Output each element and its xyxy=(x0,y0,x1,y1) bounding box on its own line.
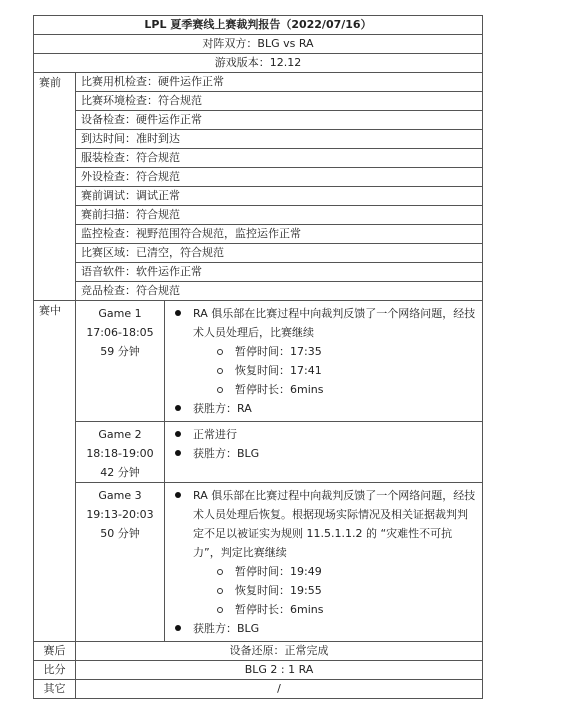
score-row: 比分 BLG 2 : 1 RA xyxy=(34,661,483,680)
pre-match-row: 服装检查：符合规范 xyxy=(34,149,483,168)
pause-length: 暂停时长：6mins xyxy=(193,600,476,619)
game-winner: 获胜方：RA xyxy=(171,399,476,418)
game-2-bullets: 正常进行 获胜方：BLG xyxy=(171,425,476,463)
pre-match-item: 设备检查：硬件运作正常 xyxy=(76,111,483,130)
pre-match-item: 语音软件：软件运作正常 xyxy=(76,263,483,282)
bullet-item: RA 俱乐部在比赛过程中向裁判反馈了一个网络问题，经技术人员处理后，比赛继续 暂… xyxy=(171,304,476,399)
pause-end: 恢复时间：17:41 xyxy=(193,361,476,380)
pre-match-item: 外设检查：符合规范 xyxy=(76,168,483,187)
post-match-row: 赛后 设备还原：正常完成 xyxy=(34,642,483,661)
game-3-detail: RA 俱乐部在比赛过程中向裁判反馈了一个网络问题，经技术人员处理后恢复。根据现场… xyxy=(165,483,483,642)
game-time: 18:18-19:00 xyxy=(81,444,159,463)
pre-match-item: 赛前扫描：符合规范 xyxy=(76,206,483,225)
pre-match-row: 语音软件：软件运作正常 xyxy=(34,263,483,282)
game-duration: 50 分钟 xyxy=(81,524,159,543)
post-match-label: 赛后 xyxy=(34,642,76,661)
pause-length: 暂停时长：6mins xyxy=(193,380,476,399)
pre-match-item: 比赛用机检查：硬件运作正常 xyxy=(76,73,483,92)
score-value: BLG 2 : 1 RA xyxy=(76,661,483,680)
game-1-meta: Game 1 17:06-18:05 59 分钟 xyxy=(76,301,165,422)
game-1-row: 赛中 Game 1 17:06-18:05 59 分钟 RA 俱乐部在比赛过程中… xyxy=(34,301,483,422)
game-version: 游戏版本：12.12 xyxy=(34,54,483,73)
pre-match-item: 比赛环境检查：符合规范 xyxy=(76,92,483,111)
referee-report-table: LPL 夏季赛线上赛裁判报告（2022/07/16） 对阵双方：BLG vs R… xyxy=(33,15,483,699)
pre-match-row: 设备检查：硬件运作正常 xyxy=(34,111,483,130)
game-note: 正常进行 xyxy=(171,425,476,444)
in-match-label: 赛中 xyxy=(34,301,76,642)
game-2-detail: 正常进行 获胜方：BLG xyxy=(165,422,483,483)
score-label: 比分 xyxy=(34,661,76,680)
matchup: 对阵双方：BLG vs RA xyxy=(34,35,483,54)
pre-match-row: 外设检查：符合规范 xyxy=(34,168,483,187)
game-1-bullets: RA 俱乐部在比赛过程中向裁判反馈了一个网络问题，经技术人员处理后，比赛继续 暂… xyxy=(171,304,476,418)
game-time: 17:06-18:05 xyxy=(81,323,159,342)
pre-match-row: 比赛区域：已清空，符合规范 xyxy=(34,244,483,263)
game-name: Game 2 xyxy=(81,425,159,444)
game-3-row: Game 3 19:13-20:03 50 分钟 RA 俱乐部在比赛过程中向裁判… xyxy=(34,483,483,642)
game-2-meta: Game 2 18:18-19:00 42 分钟 xyxy=(76,422,165,483)
bullet-item: RA 俱乐部在比赛过程中向裁判反馈了一个网络问题，经技术人员处理后恢复。根据现场… xyxy=(171,486,476,619)
pause-details: 暂停时间：19:49 恢复时间：19:55 暂停时长：6mins xyxy=(193,562,476,619)
game-winner: 获胜方：BLG xyxy=(171,444,476,463)
game-note: RA 俱乐部在比赛过程中向裁判反馈了一个网络问题，经技术人员处理后，比赛继续 xyxy=(193,307,475,339)
pre-match-item: 到达时间：准时到达 xyxy=(76,130,483,149)
pre-match-row: 监控检查：视野范围符合规范，监控运作正常 xyxy=(34,225,483,244)
game-name: Game 1 xyxy=(81,304,159,323)
pre-match-item: 赛前调试：调试正常 xyxy=(76,187,483,206)
pre-match-label: 赛前 xyxy=(34,73,76,301)
other-row: 其它 / xyxy=(34,680,483,699)
pause-start: 暂停时间：19:49 xyxy=(193,562,476,581)
game-3-meta: Game 3 19:13-20:03 50 分钟 xyxy=(76,483,165,642)
pause-start: 暂停时间：17:35 xyxy=(193,342,476,361)
pre-match-item: 服装检查：符合规范 xyxy=(76,149,483,168)
other-value: / xyxy=(76,680,483,699)
report-title: LPL 夏季赛线上赛裁判报告（2022/07/16） xyxy=(34,16,483,35)
pause-end: 恢复时间：19:55 xyxy=(193,581,476,600)
pre-match-row: 比赛环境检查：符合规范 xyxy=(34,92,483,111)
game-duration: 59 分钟 xyxy=(81,342,159,361)
game-1-detail: RA 俱乐部在比赛过程中向裁判反馈了一个网络问题，经技术人员处理后，比赛继续 暂… xyxy=(165,301,483,422)
game-duration: 42 分钟 xyxy=(81,463,159,482)
post-match-value: 设备还原：正常完成 xyxy=(76,642,483,661)
pre-match-row: 赛前扫描：符合规范 xyxy=(34,206,483,225)
game-name: Game 3 xyxy=(81,486,159,505)
pre-match-item: 比赛区域：已清空，符合规范 xyxy=(76,244,483,263)
game-time: 19:13-20:03 xyxy=(81,505,159,524)
pause-details: 暂停时间：17:35 恢复时间：17:41 暂停时长：6mins xyxy=(193,342,476,399)
other-label: 其它 xyxy=(34,680,76,699)
pre-match-item: 监控检查：视野范围符合规范，监控运作正常 xyxy=(76,225,483,244)
pre-match-row: 赛前 比赛用机检查：硬件运作正常 xyxy=(34,73,483,92)
pre-match-item: 竞品检查：符合规范 xyxy=(76,282,483,301)
game-3-bullets: RA 俱乐部在比赛过程中向裁判反馈了一个网络问题，经技术人员处理后恢复。根据现场… xyxy=(171,486,476,638)
matchup-row: 对阵双方：BLG vs RA xyxy=(34,35,483,54)
game-winner: 获胜方：BLG xyxy=(171,619,476,638)
pre-match-row: 竞品检查：符合规范 xyxy=(34,282,483,301)
pre-match-row: 到达时间：准时到达 xyxy=(34,130,483,149)
game-2-row: Game 2 18:18-19:00 42 分钟 正常进行 获胜方：BLG xyxy=(34,422,483,483)
title-row: LPL 夏季赛线上赛裁判报告（2022/07/16） xyxy=(34,16,483,35)
version-row: 游戏版本：12.12 xyxy=(34,54,483,73)
pre-match-row: 赛前调试：调试正常 xyxy=(34,187,483,206)
game-note: RA 俱乐部在比赛过程中向裁判反馈了一个网络问题，经技术人员处理后恢复。根据现场… xyxy=(193,489,475,559)
